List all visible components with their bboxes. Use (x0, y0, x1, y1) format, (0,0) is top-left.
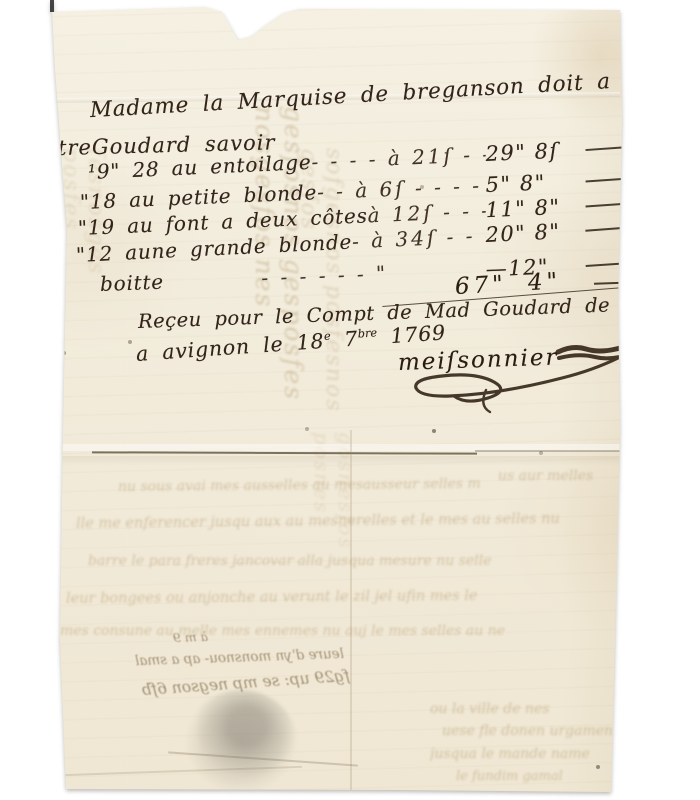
total-rule (594, 281, 640, 285)
bleedthrough-line: nu sous avai mes ausselles au mesausseur… (118, 476, 480, 495)
fold-line-center-right (475, 450, 623, 452)
bleedthrough-line: barre le para freres jancovar alla jusqu… (88, 553, 556, 569)
heading-text: Madame la Marquise de breganson doit a M… (89, 67, 655, 124)
verso-docket-line: leure d'yn monsnou- ap a smal (112, 646, 344, 670)
signature-paraph-icon (368, 336, 638, 426)
verso-docket-line: à m 9 (148, 629, 208, 646)
line-amount: 20" 8" (485, 218, 582, 247)
line-amount: 5" 8" (485, 169, 582, 197)
bleedthrough-line: le fundim gamal (456, 769, 614, 784)
date-month: 7 (330, 326, 359, 352)
paper-sheet: gesfosnos gesposfes nosgesfos nes sofges… (0, 0, 700, 800)
line-rule (585, 202, 635, 207)
line-rule (586, 262, 636, 267)
line-price-dashes: - - - - à 21ſ - - - - - " (311, 142, 486, 174)
line-rule (585, 145, 635, 151)
bleedthrough-line: lle me enferencer jusqu aux au mesnerell… (76, 510, 624, 532)
bleedthrough-line: leur bongees ou anjonche au verunt le zi… (66, 587, 622, 607)
bleedthrough-line: ou la ville de nes (430, 701, 626, 717)
bleedthrough-line: uese fle donen urgamen (442, 723, 628, 739)
bleedthrough-line: mes consune au melle mes ennemes nu auj … (60, 623, 628, 639)
fold-line-center (92, 451, 477, 455)
seal-stain (185, 690, 297, 794)
bleedthrough-line: jusqua le mande name (430, 746, 622, 762)
line-rule (586, 177, 636, 182)
heading-superscript: de (654, 66, 669, 81)
line-price-dashes: - à 34ſ - - - - " (352, 223, 487, 253)
scanned-letter: gesfosnos gesposfes nosgesfos nes sofges… (0, 0, 700, 800)
ink-specks (0, 0, 2, 2)
bleedthrough-line: us aur melles (498, 468, 626, 484)
line-rule (585, 226, 635, 232)
line-amount: 29" 8ſ (485, 138, 582, 166)
line-description: boitte (100, 270, 165, 296)
scan-edge-mark (50, 0, 54, 12)
fold-shadow (55, 456, 620, 466)
heading-line: Madame la Marquise de breganson doit a M… (89, 66, 670, 124)
